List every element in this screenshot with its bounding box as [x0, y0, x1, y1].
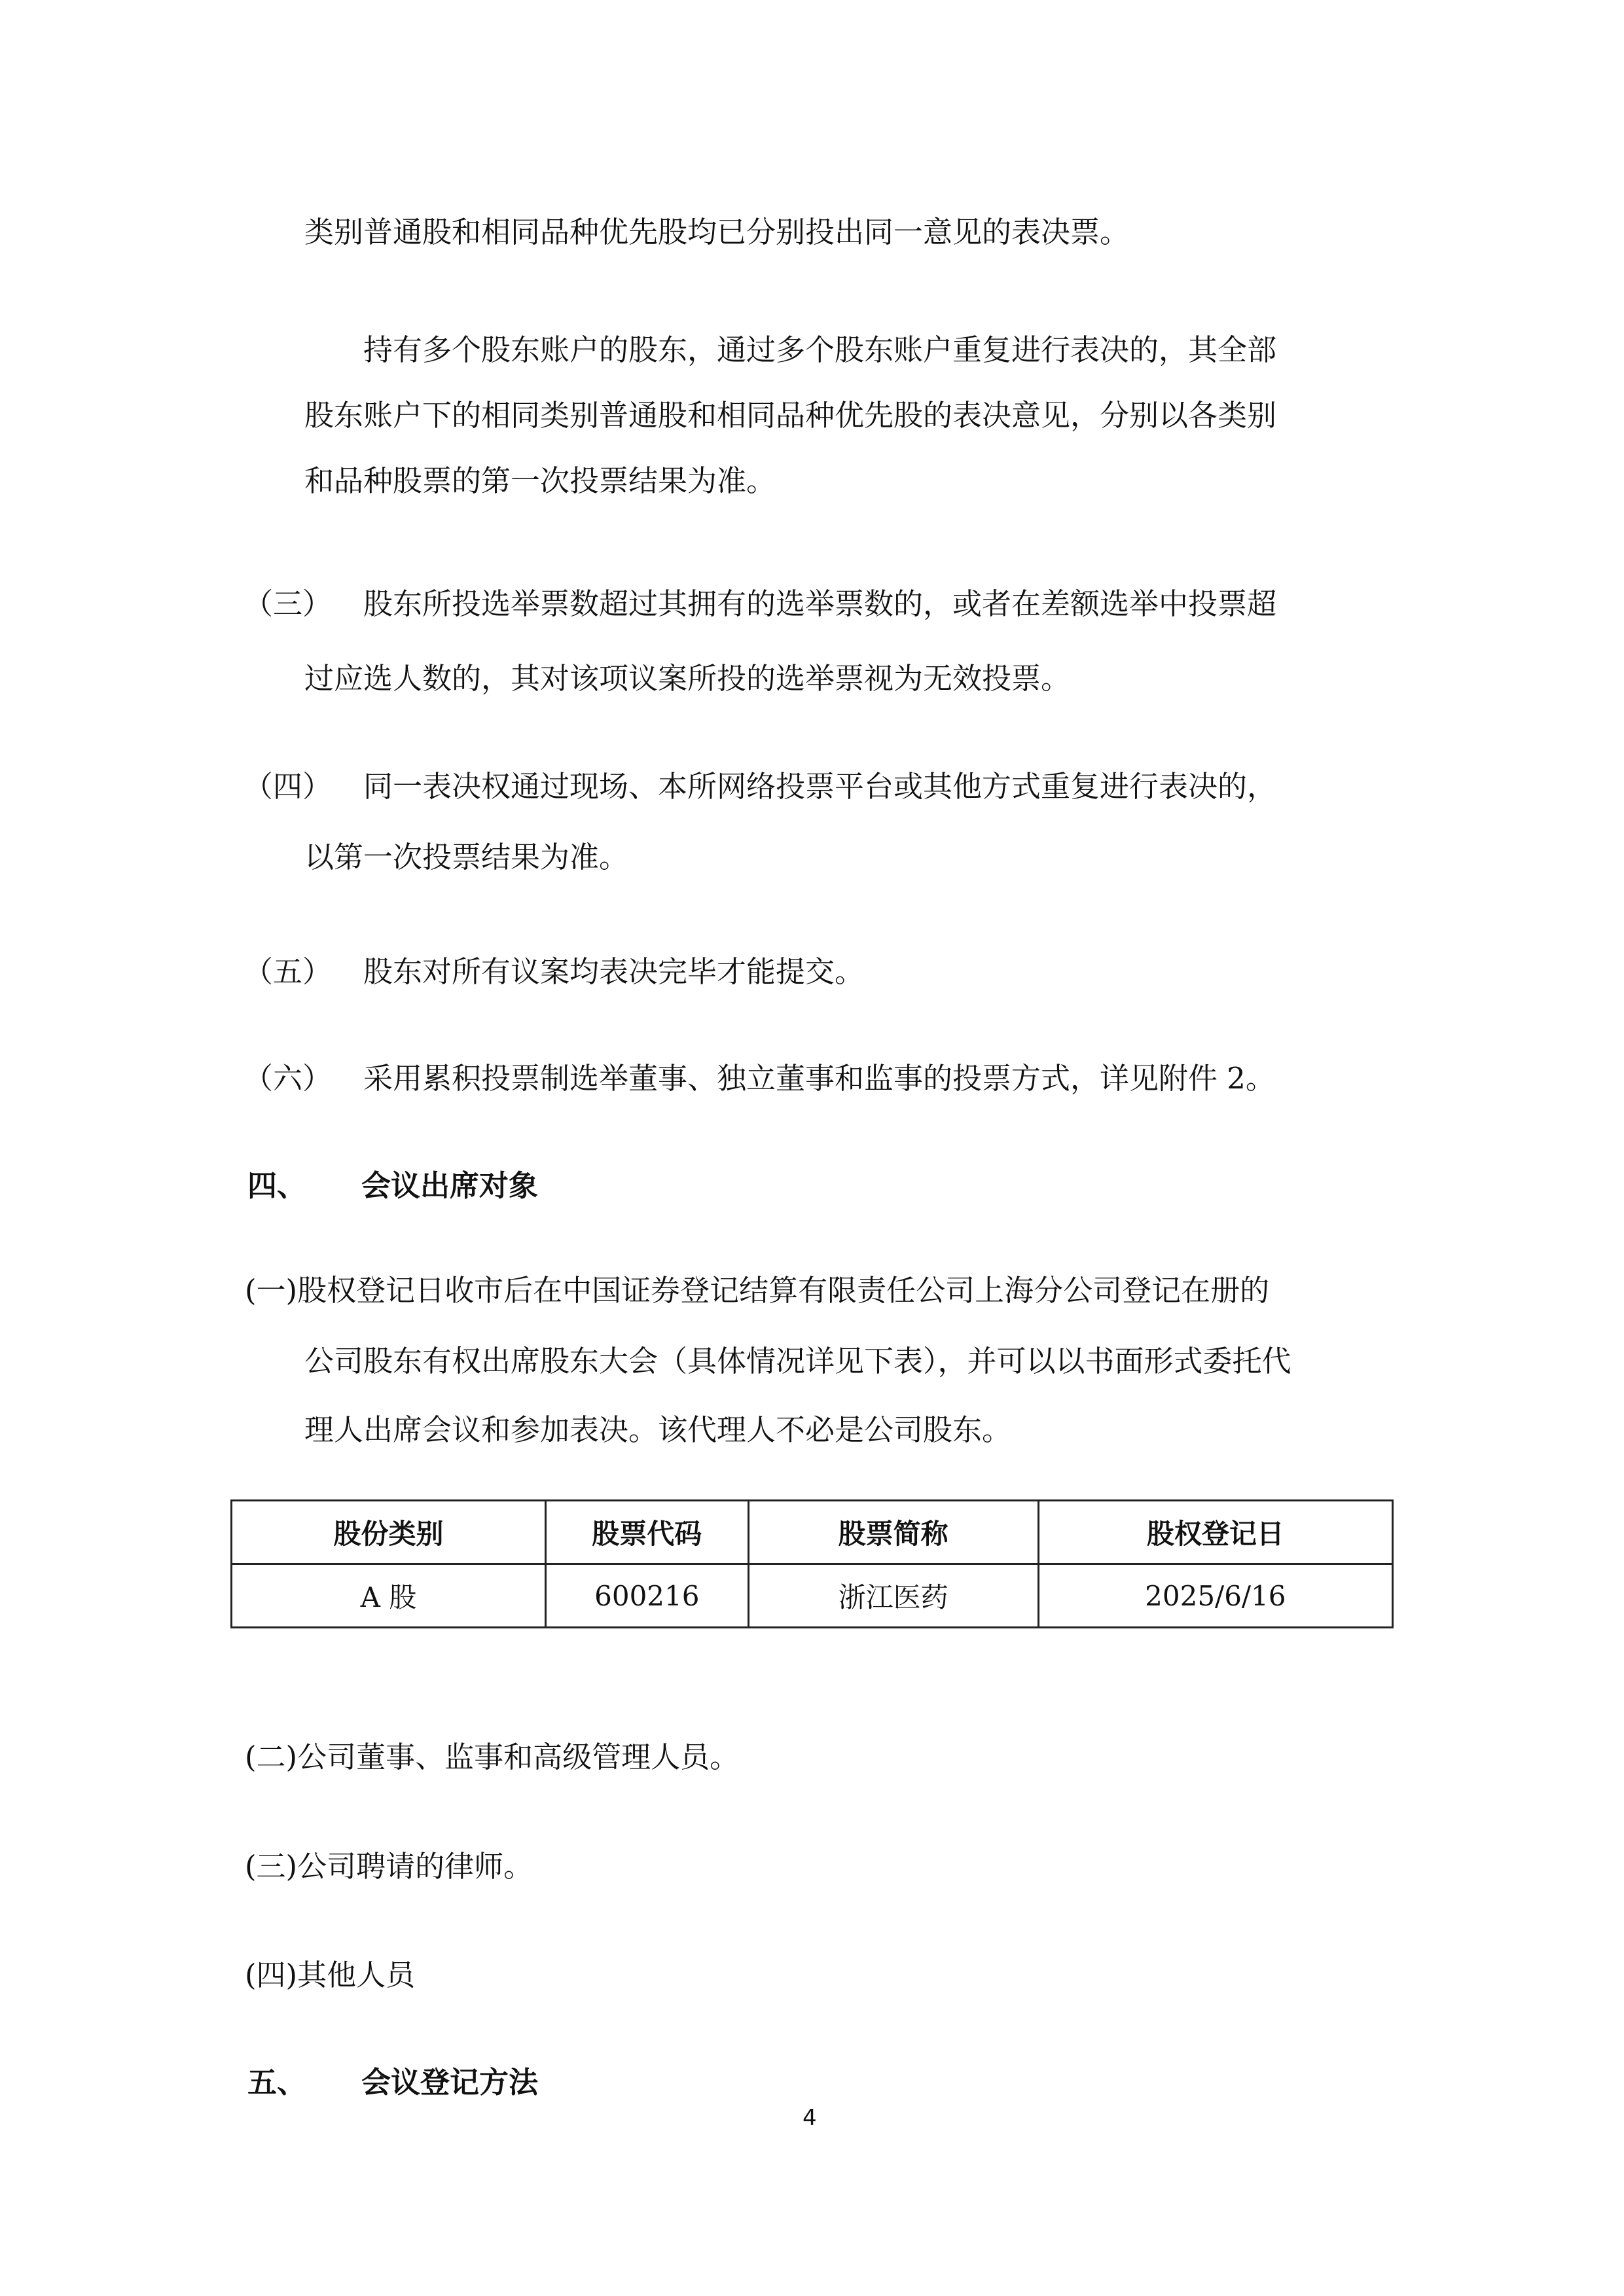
attendee-item-1-line-2: 公司股东有权出席股东大会（具体情况详见下表），并可以以书面形式委托代: [304, 1342, 1291, 1381]
attendee-item-4: (四)其他人员: [245, 1956, 415, 1995]
section-4-number: 四、: [247, 1166, 306, 1206]
attendee-item-1-line-3: 理人出席会议和参加表决。该代理人不必是公司股东。: [304, 1410, 1011, 1450]
cell-stock-name: 浙江医药: [748, 1564, 1038, 1628]
rule-marker-3: （三）: [244, 584, 332, 624]
section-4-title: 会议出席对象: [361, 1166, 538, 1206]
table-row: A 股 600216 浙江医药 2025/6/16: [232, 1564, 1393, 1628]
paragraph-multi-account-line-1: 持有多个股东账户的股东，通过多个股东账户重复进行表决的，其全部: [363, 331, 1276, 370]
cell-record-date: 2025/6/16: [1038, 1564, 1392, 1628]
table-header-row: 股份类别 股票代码 股票简称 股权登记日: [232, 1501, 1393, 1564]
cell-stock-code: 600216: [545, 1564, 748, 1628]
attendee-item-3: (三)公司聘请的律师。: [245, 1847, 533, 1886]
header-stock-name: 股票简称: [748, 1501, 1038, 1564]
rule-marker-6: （六）: [244, 1059, 332, 1098]
section-5-title: 会议登记方法: [361, 2063, 538, 2102]
page-number: 4: [803, 2102, 817, 2134]
paragraph-continuation: 类别普通股和相同品种优先股均已分别投出同一意见的表决票。: [304, 213, 1129, 252]
header-share-class: 股份类别: [232, 1501, 546, 1564]
rule-marker-4: （四）: [244, 767, 332, 806]
cell-share-class: A 股: [232, 1564, 546, 1628]
rule-4-line-2: 以第一次投票结果为准。: [304, 838, 628, 877]
section-5-number: 五、: [247, 2063, 306, 2102]
rule-5-line-1: 股东对所有议案均表决完毕才能提交。: [363, 952, 864, 992]
share-registration-table: 股份类别 股票代码 股票简称 股权登记日 A 股 600216 浙江医药 202…: [230, 1499, 1394, 1628]
rule-4-line-1: 同一表决权通过现场、本所网络投票平台或其他方式重复进行表决的，: [363, 767, 1276, 806]
paragraph-multi-account-line-3: 和品种股票的第一次投票结果为准。: [304, 461, 776, 501]
rule-marker-5: （五）: [244, 952, 332, 992]
rule-3-line-1: 股东所投选举票数超过其拥有的选举票数的，或者在差额选举中投票超: [363, 584, 1276, 624]
header-record-date: 股权登记日: [1038, 1501, 1392, 1564]
header-stock-code: 股票代码: [545, 1501, 748, 1564]
attendee-item-2: (二)公司董事、监事和高级管理人员。: [245, 1738, 739, 1777]
rule-6-line-1: 采用累积投票制选举董事、独立董事和监事的投票方式，详见附件 2。: [363, 1059, 1275, 1098]
rule-3-line-2: 过应选人数的，其对该项议案所投的选举票视为无效投票。: [304, 659, 1070, 698]
paragraph-multi-account-line-2: 股东账户下的相同类别普通股和相同品种优先股的表决意见，分别以各类别: [304, 396, 1276, 435]
attendee-item-1-line-1: (一)股权登记日收市后在中国证券登记结算有限责任公司上海分公司登记在册的: [245, 1271, 1269, 1310]
